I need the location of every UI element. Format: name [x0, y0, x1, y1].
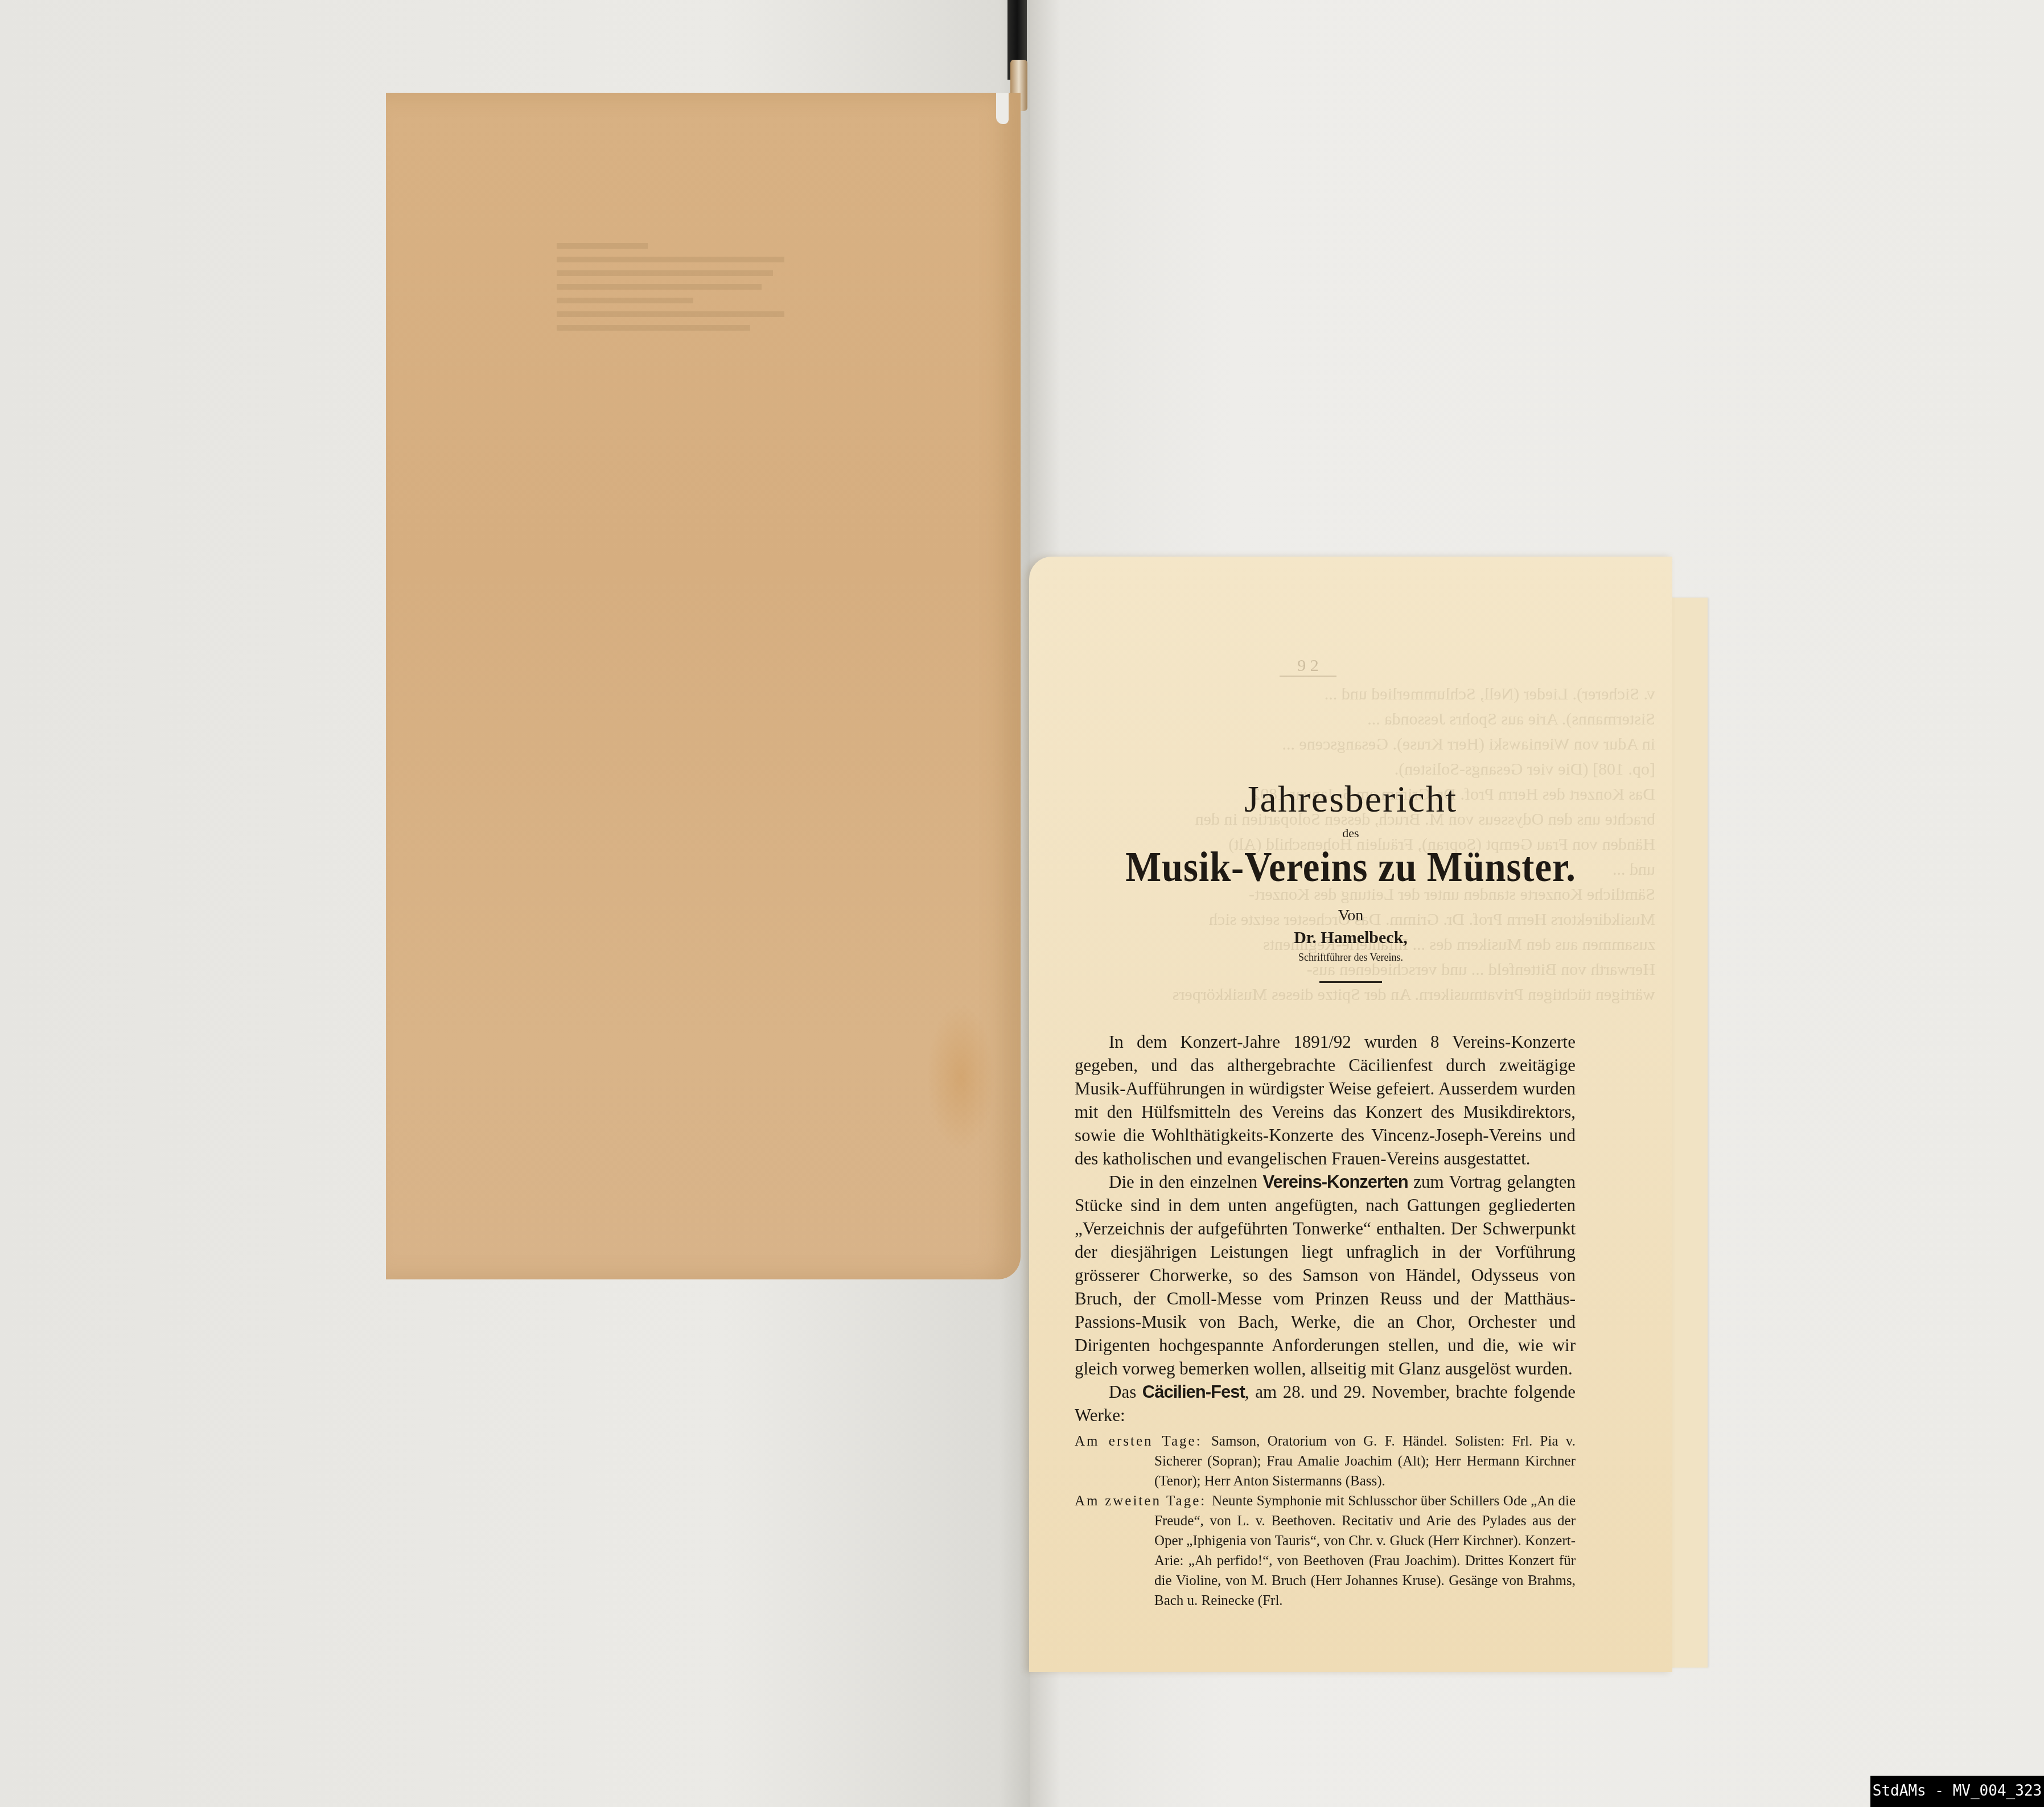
archive-label: StdAMs - MV_004_323: [1870, 1776, 2044, 1807]
emphasis-term: Vereins-Konzerten: [1262, 1172, 1408, 1192]
bleed-line: wärtigen tüchtigen Privatmusikern. An de…: [1160, 982, 1655, 1007]
title-block: Jahresbericht des Musik-Vereins zu Münst…: [1029, 779, 1672, 983]
paragraph-text: zum Vortrag gelangten Stücke sind in dem…: [1075, 1172, 1576, 1378]
paragraph-text: Das: [1109, 1382, 1142, 1402]
emphasis-term: Cäcilien-Fest: [1142, 1382, 1245, 1402]
bleed-line: Sistermanns). Arie aus Spohrs Jessonda .…: [1160, 707, 1655, 732]
page-number: 9 2: [1280, 656, 1336, 677]
festival-program: Am ersten Tage: Samson, Oratorium von G.…: [1075, 1431, 1576, 1611]
wrapper-ghost-text: [557, 235, 784, 520]
paragraph-list: In dem Konzert-Jahre 1891/92 wurden 8 Ve…: [1075, 1030, 1576, 1427]
paragraph: Die in den einzelnen Vereins-Konzerten z…: [1075, 1170, 1576, 1380]
paragraph: In dem Konzert-Jahre 1891/92 wurden 8 Ve…: [1075, 1030, 1576, 1170]
wrapper-stain: [927, 1003, 995, 1151]
byline-prefix: Von: [1029, 905, 1672, 927]
program-text: Neunte Symphonie mit Schlusschor über Sc…: [1154, 1493, 1576, 1608]
organization-name: Musik-Vereins zu Münster.: [1062, 842, 1640, 892]
author-name: Dr. Hamelbeck,: [1029, 927, 1672, 949]
bleed-line: in Adur von Wieniawski (Herr Kruse). Ges…: [1160, 732, 1655, 757]
program-day-label: Am zweiten Tage:: [1075, 1493, 1212, 1509]
program-entry: Am zweiten Tage: Neunte Symphonie mit Sc…: [1075, 1491, 1576, 1611]
title-connector: des: [1029, 824, 1672, 842]
program-entry: Am ersten Tage: Samson, Oratorium von G.…: [1075, 1431, 1576, 1491]
title-divider: [1319, 981, 1382, 983]
report-body: In dem Konzert-Jahre 1891/92 wurden 8 Ve…: [1075, 1030, 1576, 1611]
doc-underlying-sheet: [1668, 598, 1708, 1668]
document-title: Jahresbericht: [1029, 779, 1672, 821]
author-role: Schriftführer des Vereins.: [1029, 949, 1672, 965]
document-page: 9 2 v. Sicherer). Lieder (Nell, Schlumme…: [1029, 557, 1672, 1672]
paragraph-text: Die in den einzelnen: [1109, 1172, 1262, 1192]
paragraph: Das Cäcilien-Fest, am 28. und 29. Novemb…: [1075, 1380, 1576, 1427]
program-text: Samson, Oratorium von G. F. Händel. Soli…: [1154, 1434, 1576, 1489]
wrapper-tear: [996, 93, 1009, 124]
tan-wrapper-sheet: [386, 93, 1021, 1279]
bleed-line: v. Sicherer). Lieder (Nell, Schlummerlie…: [1160, 682, 1655, 707]
paragraph-text: In dem Konzert-Jahre 1891/92 wurden 8 Ve…: [1075, 1032, 1576, 1168]
program-day-label: Am ersten Tage:: [1075, 1434, 1211, 1449]
